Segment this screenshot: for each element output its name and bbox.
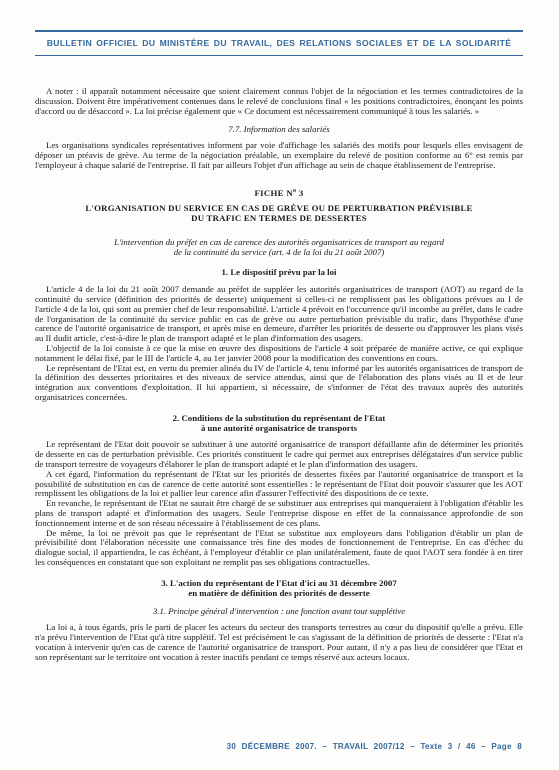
bulletin-banner: BULLETIN OFFICIEL DU MINISTÈRE DU TRAVAI… bbox=[35, 30, 523, 56]
paragraph-en-revanche: En revanche, le représentant de l'Etat n… bbox=[35, 499, 523, 528]
page-footer-reference: 30 DÉCEMBRE 2007. – TRAVAIL 2007/12 – Te… bbox=[227, 742, 522, 751]
section-heading-7-7: 7.7. Information des salariés bbox=[35, 125, 523, 135]
paragraph-substitution: Le représentant de l'Etat doit pouvoir s… bbox=[35, 440, 523, 469]
paragraph-article-4: L'article 4 de la loi du 21 août 2007 de… bbox=[35, 285, 523, 344]
section-heading-3-1: 3.1. Principe général d'intervention : u… bbox=[35, 607, 523, 617]
section-heading-3: 3. L'action du représentant de l'Etat d'… bbox=[35, 579, 523, 599]
paragraph-a-noter: A noter : il apparaît notamment nécessai… bbox=[35, 87, 523, 116]
document-body: A noter : il apparaît notamment nécessai… bbox=[35, 56, 523, 662]
fiche-number-heading: FICHE No 3 bbox=[35, 187, 523, 199]
paragraph-de-meme: De même, la loi ne prévoit pas que le re… bbox=[35, 529, 523, 568]
bulletin-title: BULLETIN OFFICIEL DU MINISTÈRE DU TRAVAI… bbox=[35, 32, 523, 55]
fiche-num-value: 3 bbox=[299, 188, 304, 198]
paragraph-representant-etat-informe: Le représentant de l'Etat est, en vertu … bbox=[35, 364, 523, 403]
fiche-prefix: FICHE N bbox=[254, 188, 293, 198]
document-page: BULLETIN OFFICIEL DU MINISTÈRE DU TRAVAI… bbox=[0, 0, 559, 770]
section-heading-2: 2. Conditions de la substitution du repr… bbox=[35, 414, 523, 434]
fiche-subtitle: L'intervention du préfet en cas de caren… bbox=[35, 238, 523, 258]
paragraph-objectif-loi: L'objectif de la loi consiste à ce que l… bbox=[35, 344, 523, 364]
fiche-ordinal-sup: o bbox=[293, 188, 296, 194]
fiche-title: L'ORGANISATION DU SERVICE EN CAS DE GRÈV… bbox=[35, 204, 523, 224]
paragraph-a-cet-egard: A cet égard, l'information du représenta… bbox=[35, 470, 523, 499]
paragraph-la-loi-a: La loi a, à tous égards, pris le parti d… bbox=[35, 623, 523, 662]
section-heading-1: 1. Le dispositif prévu par la loi bbox=[35, 268, 523, 278]
paragraph-organisations-syndicales: Les organisations syndicales représentat… bbox=[35, 141, 523, 170]
